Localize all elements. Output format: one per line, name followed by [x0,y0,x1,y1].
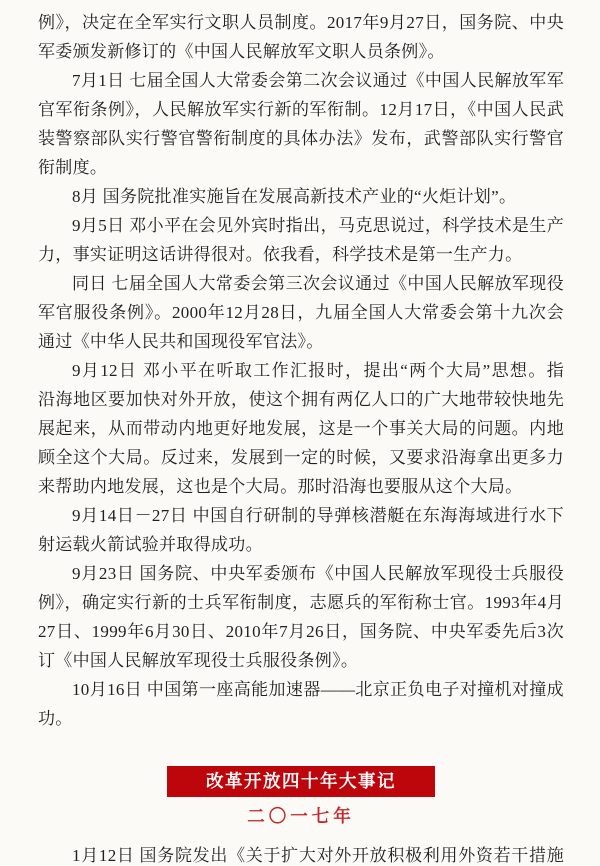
text-line: 力，事实证明这话讲得很对。依我看，科学技术是第一生产力。 [38,240,564,269]
text-line: 9月14日－27日 中国自行研制的导弹核潜艇在东海海域进行水下发 [38,501,564,530]
text-line: 展起来，从而带动内地更好地发展，这是一个事关大局的问题。内地要 [38,414,564,443]
text-line: 射运载火箭试验并取得成功。 [38,530,564,559]
text-line: 订《中国人民解放军现役士兵服役条例》。 [38,646,564,675]
text-line: 军官服役条例》。2000年12月28日，九届全国人大常委会第十九次会议 [38,298,564,327]
text-line: 装警察部队实行警官警衔制度的具体办法》发布，武警部队实行警官警 [38,124,564,153]
text-line: 功。 [38,704,564,733]
text-line: 1月12日 国务院发出《关于扩大对外开放积极利用外资若干措施的 [38,841,564,866]
text-line: 沿海地区要加快对外开放，使这个拥有两亿人口的广大地带较快地先发 [38,385,564,414]
text-line: 9月12日 邓小平在听取工作汇报时，提出“两个大局”思想。指出， [38,356,564,385]
section-year-heading: 二〇一七年 [38,806,564,827]
text-line: 7月1日 七届全国人大常委会第二次会议通过《中国人民解放军军 [38,66,564,95]
text-line: 8月 国务院批准实施旨在发展高新技术产业的“火炬计划”。 [38,182,564,211]
section-banner: 改革开放四十年大事记 [167,766,435,797]
text-line: 来帮助内地发展，这也是个大局。那时沿海也要服从这个大局。 [38,472,564,501]
text-line: 例》，决定在全军实行文职人员制度。2017年9月27日，国务院、中央 [38,8,564,37]
timeline-text-block: 例》，决定在全军实行文职人员制度。2017年9月27日，国务院、中央军委颁发新修… [38,8,564,733]
following-text-block: 1月12日 国务院发出《关于扩大对外开放积极利用外资若干措施的 [38,841,564,866]
text-line: 9月5日 邓小平在会见外宾时指出，马克思说过，科学技术是生产 [38,211,564,240]
text-line: 例》，确定实行新的士兵军衔制度，志愿兵的军衔称士官。1993年4月 [38,588,564,617]
text-line: 顾全这个大局。反过来，发展到一定的时候，又要求沿海拿出更多力量 [38,443,564,472]
text-line: 军委颁发新修订的《中国人民解放军文职人员条例》。 [38,37,564,66]
text-line: 通过《中华人民共和国现役军官法》。 [38,327,564,356]
text-line: 27日、1999年6月30日、2010年7月26日，国务院、中央军委先后3次修 [38,617,564,646]
section-banner-title: 改革开放四十年大事记 [206,766,396,797]
text-line: 9月23日 国务院、中央军委颁布《中国人民解放军现役士兵服役条 [38,559,564,588]
text-line: 衔制度。 [38,153,564,182]
text-line: 10月16日 中国第一座高能加速器——北京正负电子对撞机对撞成 [38,675,564,704]
text-line: 同日 七届全国人大常委会第三次会议通过《中国人民解放军现役 [38,269,564,298]
document-page: 例》，决定在全军实行文职人员制度。2017年9月27日，国务院、中央军委颁发新修… [0,0,600,866]
text-line: 官军衔条例》，人民解放军实行新的军衔制。12月17日，《中国人民武 [38,95,564,124]
